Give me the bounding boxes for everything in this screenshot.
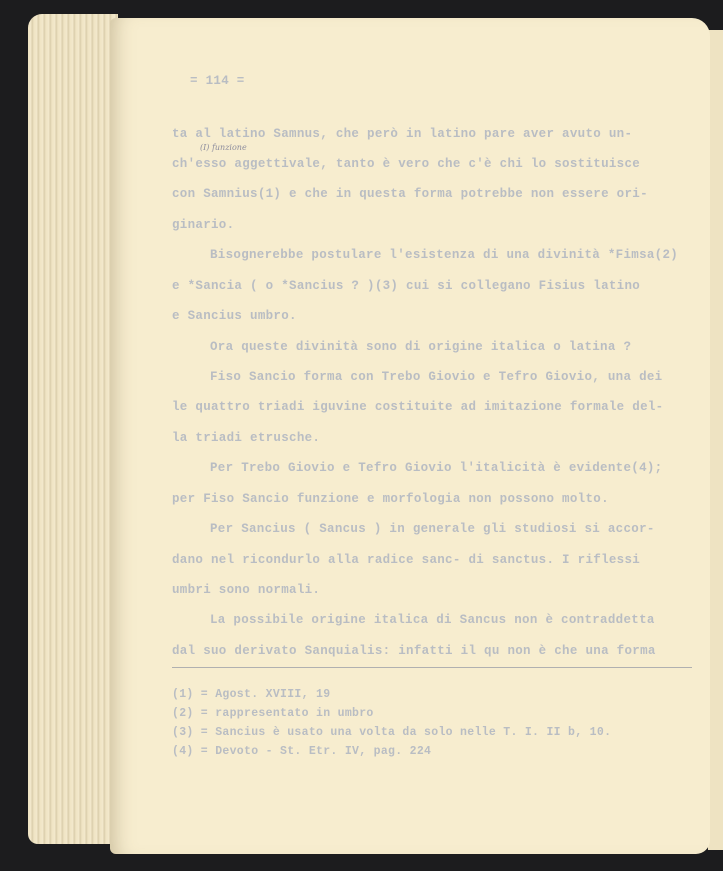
handwritten-note: (I) funzione	[200, 143, 247, 152]
body-line: dal suo derivato Sanquialis: infatti il …	[172, 644, 656, 658]
body-line: La possibile origine italica di Sancus n…	[210, 613, 655, 627]
footnote: (4) = Devoto - St. Etr. IV, pag. 224	[172, 745, 431, 758]
body-line: la triadi etrusche.	[172, 431, 320, 445]
body-line: Ora queste divinità sono di origine ital…	[210, 340, 631, 354]
footnote: (1) = Agost. XVIII, 19	[172, 688, 330, 701]
body-line: Per Trebo Giovio e Tefro Giovio l'italic…	[210, 461, 662, 475]
footnote-divider	[172, 667, 692, 668]
adjacent-page-edge	[708, 30, 723, 850]
footnote: (3) = Sancius è usato una volta da solo …	[172, 726, 611, 739]
body-line: ginario.	[172, 218, 234, 232]
body-line: Fiso Sancio forma con Trebo Giovio e Tef…	[210, 370, 662, 384]
body-line: dano nel ricondurlo alla radice sanc- di…	[172, 553, 640, 567]
book-page-edges	[28, 14, 118, 844]
body-line: e *Sancia ( o *Sancius ? )(3) cui si col…	[172, 279, 640, 293]
body-line: Per Sancius ( Sancus ) in generale gli s…	[210, 522, 655, 536]
body-line: e Sancius umbro.	[172, 309, 297, 323]
body-line: per Fiso Sancio funzione e morfologia no…	[172, 492, 609, 506]
body-line: umbri sono normali.	[172, 583, 320, 597]
body-line: con Samnius(1) e che in questa forma pot…	[172, 187, 648, 201]
page-number: = 114 =	[190, 74, 245, 88]
body-line: ch'esso aggettivale, tanto è vero che c'…	[172, 157, 640, 171]
body-line: ta al latino Samnus, che però in latino …	[172, 127, 632, 141]
body-line: Bisognerebbe postulare l'esistenza di un…	[210, 248, 678, 262]
body-line: le quattro triadi iguvine costituite ad …	[172, 400, 663, 414]
footnote: (2) = rappresentato in umbro	[172, 707, 374, 720]
